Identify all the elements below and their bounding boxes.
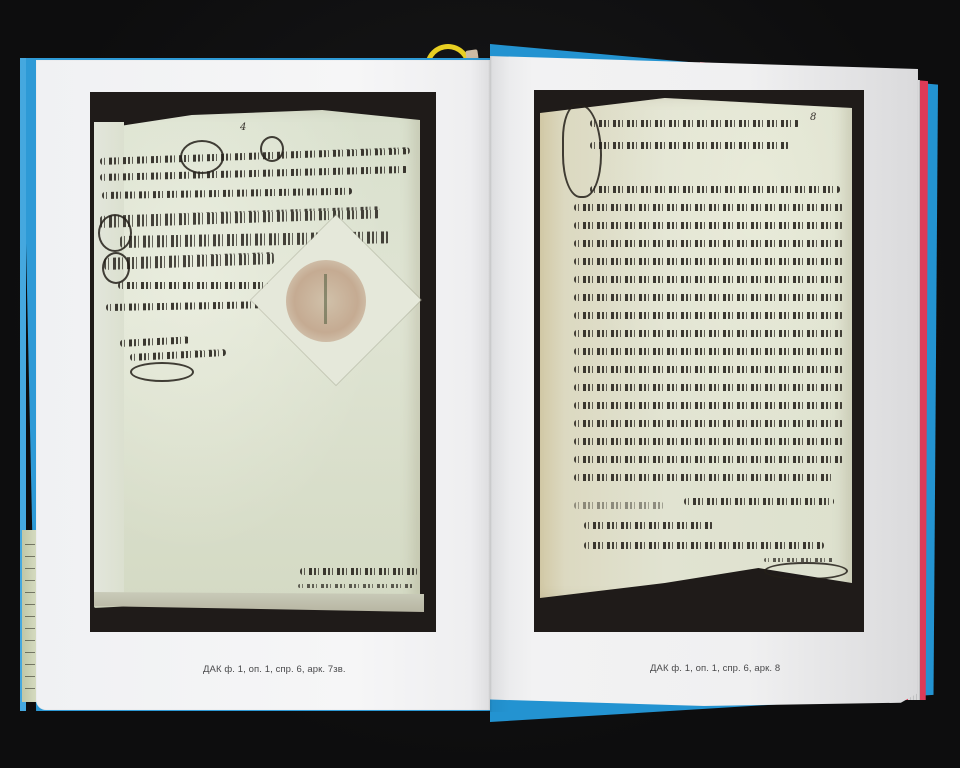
folio-number: 4 <box>240 122 246 133</box>
right-manuscript-photo: 8 <box>534 90 864 632</box>
handwriting-line <box>574 330 844 337</box>
handwriting-line <box>590 120 800 127</box>
leaf-bottom-fold <box>94 592 424 612</box>
handwriting-line <box>584 542 824 549</box>
handwriting-line <box>574 276 844 283</box>
handwriting-line <box>574 348 844 355</box>
seal-emblem <box>324 274 327 324</box>
photo-scene: 4 ДАК ф. 1, оп. 1, спр. 6, арк. 7зв. 8 <box>0 0 960 768</box>
handwriting-line <box>574 366 844 373</box>
handwriting-line <box>590 186 840 193</box>
handwriting-note <box>300 568 418 575</box>
faded-handwriting <box>574 502 664 509</box>
handwriting-line <box>574 222 844 229</box>
handwriting-line <box>574 474 834 481</box>
handwriting-line <box>574 312 844 319</box>
handwriting-line <box>574 420 844 427</box>
folio-number: 8 <box>810 112 816 123</box>
left-manuscript-photo: 4 <box>90 92 436 632</box>
ink-flourish <box>102 252 130 284</box>
handwriting-line <box>684 498 834 505</box>
handwriting-line <box>584 522 714 529</box>
handwriting-line <box>574 258 844 265</box>
right-caption: ДАК ф. 1, оп. 1, спр. 6, арк. 8 <box>650 663 780 674</box>
handwriting-note <box>298 584 414 588</box>
handwriting-line <box>574 438 844 445</box>
gutter-shadow <box>470 56 510 712</box>
signature-flourish <box>764 562 848 580</box>
signature-flourish <box>130 362 194 382</box>
handwriting-line <box>574 240 844 247</box>
handwriting-line <box>118 282 268 289</box>
left-caption: ДАК ф. 1, оп. 1, спр. 6, арк. 7зв. <box>203 664 346 675</box>
handwriting-line <box>574 294 844 301</box>
handwriting-line <box>574 204 844 211</box>
handwriting-line <box>574 402 844 409</box>
handwriting-line <box>590 142 790 149</box>
handwriting-line <box>574 456 844 463</box>
handwriting-line <box>574 384 844 391</box>
